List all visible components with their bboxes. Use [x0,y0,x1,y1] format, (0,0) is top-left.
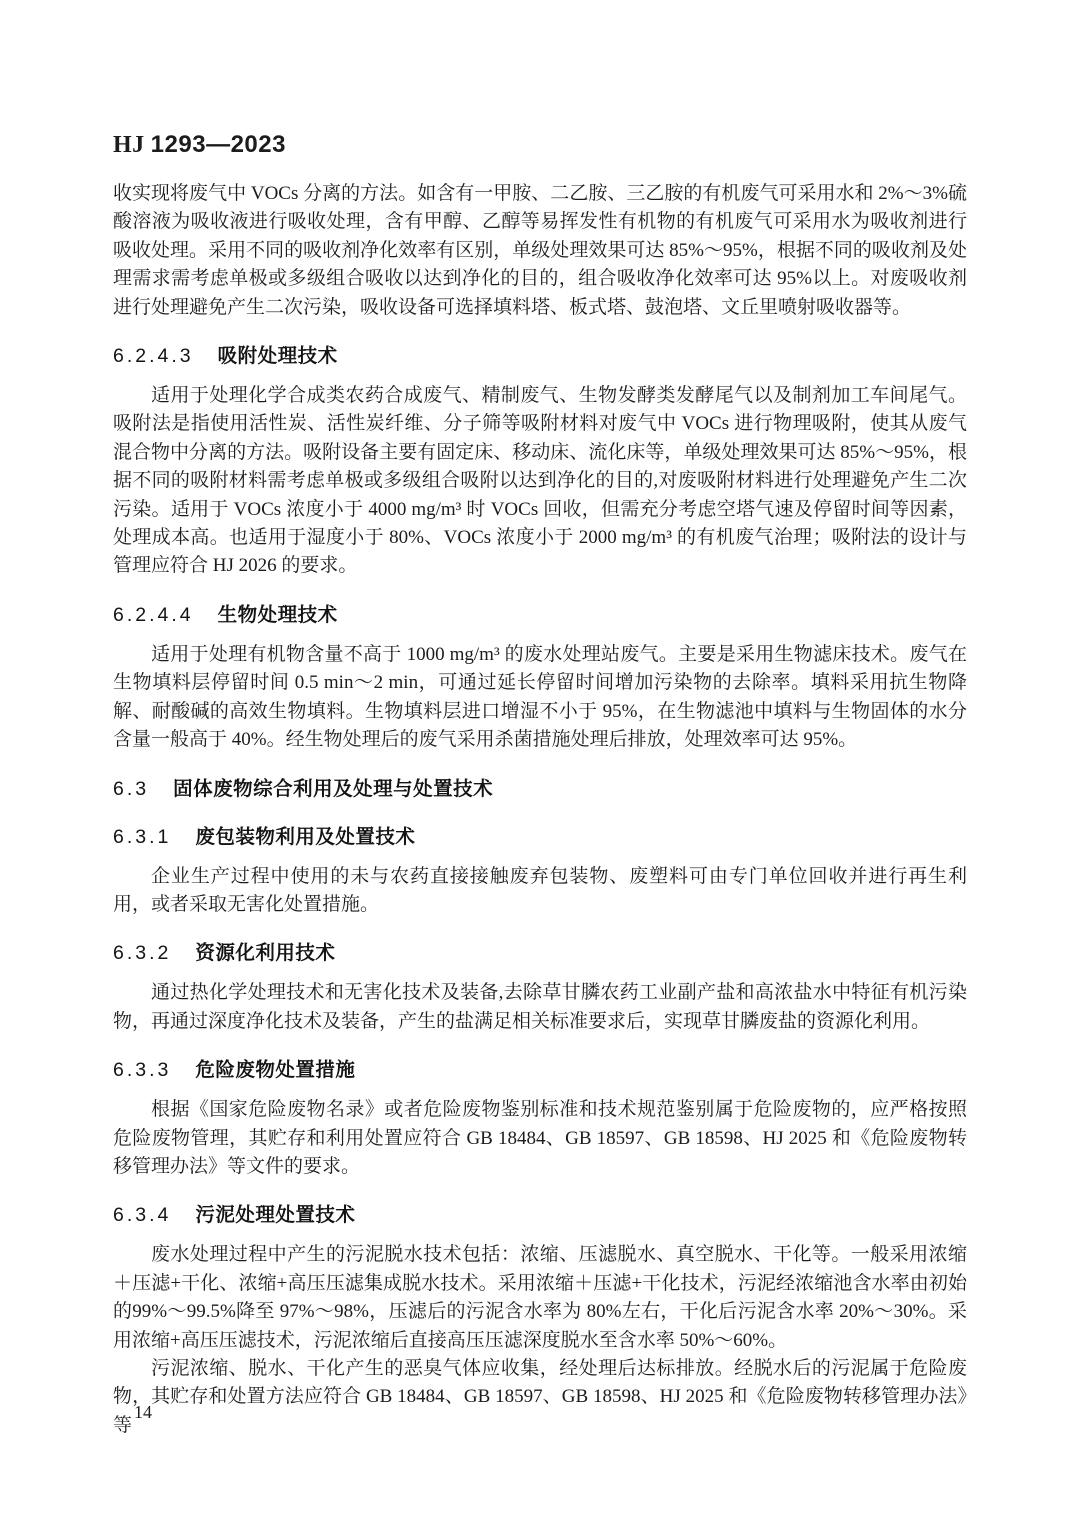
body-paragraph: 企业生产过程中使用的未与农药直接接触废弃包装物、废塑料可由专门单位回收并进行再生… [113,863,967,920]
body-paragraph: 通过热化学处理技术和无害化技术及装备,去除草甘膦农药工业副产盐和高浓盐水中特征有… [113,979,967,1036]
body-paragraph: 适用于处理有机物含量不高于 1000 mg/m³ 的废水处理站废气。主要是采用生… [113,641,967,755]
document-content: 收实现将废气中 VOCs 分离的方法。如含有一甲胺、二乙胺、三乙胺的有机废气可采… [113,180,967,1440]
section-number: 6.3.1 [113,826,171,848]
section-title: 废包装物利用及处置技术 [195,826,415,848]
section-heading: 6.3固体废物综合利用及处理与处置技术 [113,775,967,803]
body-paragraph: 污泥浓缩、脱水、干化产生的恶臭气体应收集，经处理后达标排放。经脱水后的污泥属于危… [113,1355,967,1440]
section-heading: 6.3.4污泥处理处置技术 [113,1201,967,1229]
standard-code-number: 1293—2023 [151,131,286,158]
body-paragraph: 收实现将废气中 VOCs 分离的方法。如含有一甲胺、二乙胺、三乙胺的有机废气可采… [113,180,967,322]
section-number: 6.3.4 [113,1204,171,1226]
body-paragraph: 根据《国家危险废物名录》或者危险废物鉴别标准和技术规范鉴别属于危险废物的，应严格… [113,1096,967,1181]
section-title: 固体废物综合利用及处理与处置技术 [173,778,493,800]
section-number: 6.3.2 [113,942,171,964]
section-title: 资源化利用技术 [195,942,335,964]
section-title: 危险废物处置措施 [195,1059,355,1081]
section-number: 6.3.3 [113,1059,171,1081]
section-number: 6.2.4.3 [113,345,194,367]
section-number: 6.2.4.4 [113,604,194,626]
section-title: 污泥处理处置技术 [195,1204,355,1226]
section-heading: 6.3.1废包装物利用及处置技术 [113,823,967,851]
section-title: 吸附处理技术 [218,345,338,367]
section-heading: 6.3.3危险废物处置措施 [113,1056,967,1084]
body-paragraph: 废水处理过程中产生的污泥脱水技术包括：浓缩、压滤脱水、真空脱水、干化等。一般采用… [113,1241,967,1355]
standard-code-prefix: HJ [113,132,145,158]
body-paragraph: 适用于处理化学合成类农药合成废气、精制废气、生物发酵类发酵尾气以及制剂加工车间尾… [113,382,967,581]
section-heading: 6.2.4.3吸附处理技术 [113,342,967,370]
section-title: 生物处理技术 [218,604,338,626]
page-number: 14 [134,1400,152,1424]
section-heading: 6.2.4.4生物处理技术 [113,601,967,629]
section-heading: 6.3.2资源化利用技术 [113,939,967,967]
document-header: HJ1293—2023 [113,131,286,159]
document-page: HJ1293—2023 收实现将废气中 VOCs 分离的方法。如含有一甲胺、二乙… [0,0,1080,1527]
section-number: 6.3 [113,778,149,800]
